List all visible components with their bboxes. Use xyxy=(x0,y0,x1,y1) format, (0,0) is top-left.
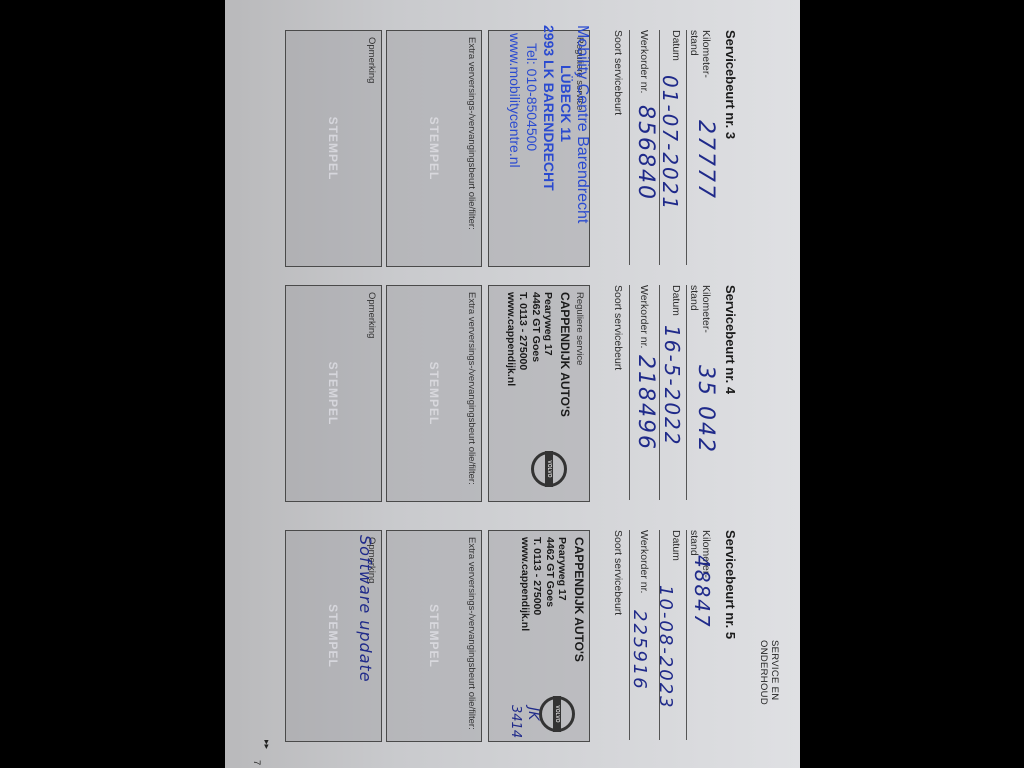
date-value: 01-07-2021 xyxy=(658,75,682,211)
extra-service-box: Extra verversings-/vervangingsbeurt olie… xyxy=(386,30,482,267)
workorder-value: 225916 xyxy=(629,610,650,691)
workorder-value: 218496 xyxy=(633,355,658,451)
stamp-box: CAPPENDIJK AUTO'S Pearyweg 17 4462 GT Go… xyxy=(488,530,590,742)
dealer-stamp: CAPPENDIJK AUTO'S Pearyweg 17 4462 GT Go… xyxy=(505,292,572,417)
divider xyxy=(629,530,630,740)
km-value: 48847 xyxy=(690,555,714,629)
km-value: 35 042 xyxy=(693,365,718,454)
service-type-label: Soort servicebeurt xyxy=(612,530,624,615)
extra-service-box: Extra verversings-/vervangingsbeurt olie… xyxy=(386,285,482,502)
divider xyxy=(686,30,687,265)
dealer-stamp: Mobility Centre Barendrecht LÜBECK 11 29… xyxy=(506,25,591,223)
workorder-value: 856840 xyxy=(633,105,658,201)
date-label: Datum xyxy=(670,30,682,61)
volvo-logo-icon: VOLVO xyxy=(539,696,575,732)
service-title: Servicebeurt nr. 4 xyxy=(723,285,738,394)
divider xyxy=(659,30,660,265)
remark-box: Opmerking Software update STEMPEL xyxy=(285,530,382,742)
dealer-stamp: CAPPENDIJK AUTO'S Pearyweg 17 4462 GT Go… xyxy=(519,537,586,662)
volvo-logo-icon: VOLVO xyxy=(531,451,567,487)
date-label: Datum xyxy=(670,285,682,316)
section-title: SERVICE EN ONDERHOUD xyxy=(758,640,780,768)
km-value: 27777 xyxy=(693,120,718,200)
service-title: Servicebeurt nr. 3 xyxy=(723,30,738,139)
extra-service-box: Extra verversings-/vervangingsbeurt olie… xyxy=(386,530,482,742)
service-entry-3: Servicebeurt nr. 3 Kilometer-stand 27777… xyxy=(225,30,800,270)
divider xyxy=(659,285,660,500)
remark-value: Software update xyxy=(356,535,375,683)
nav-arrows-icon: ▸▸ xyxy=(261,740,272,749)
km-label: Kilometer-stand xyxy=(688,285,712,333)
service-type-label: Soort servicebeurt xyxy=(612,30,624,115)
workorder-label: Werkorder nr. xyxy=(638,285,650,348)
divider xyxy=(629,30,630,265)
service-entry-5: Servicebeurt nr. 5 Kilometer-stand 48847… xyxy=(225,530,800,760)
date-value: 16-5-2022 xyxy=(660,325,684,447)
divider xyxy=(686,285,687,500)
workorder-label: Werkorder nr. xyxy=(638,30,650,93)
service-type-label: Soort servicebeurt xyxy=(612,285,624,370)
date-label: Datum xyxy=(670,530,682,561)
km-label: Kilometer-stand xyxy=(688,30,712,78)
service-entry-4: Servicebeurt nr. 4 Kilometer-stand 35 04… xyxy=(225,285,800,510)
divider xyxy=(629,285,630,500)
page-number: 7 xyxy=(251,760,262,766)
stamp-box: Reguliere service Mobility Centre Barend… xyxy=(488,30,590,267)
divider xyxy=(659,530,660,740)
service-title: Servicebeurt nr. 5 xyxy=(723,530,738,639)
divider xyxy=(686,530,687,740)
initials: JK xyxy=(525,707,541,720)
stamp-box: Reguliere service CAPPENDIJK AUTO'S Pear… xyxy=(488,285,590,502)
initials-number: 3414 xyxy=(508,705,523,738)
remark-box: Opmerking STEMPEL xyxy=(285,30,382,267)
workorder-label: Werkorder nr. xyxy=(638,530,650,593)
rotated-page-content: Servicebeurt nr. 3 Kilometer-stand 27777… xyxy=(225,0,800,768)
remark-box: Opmerking STEMPEL xyxy=(285,285,382,502)
